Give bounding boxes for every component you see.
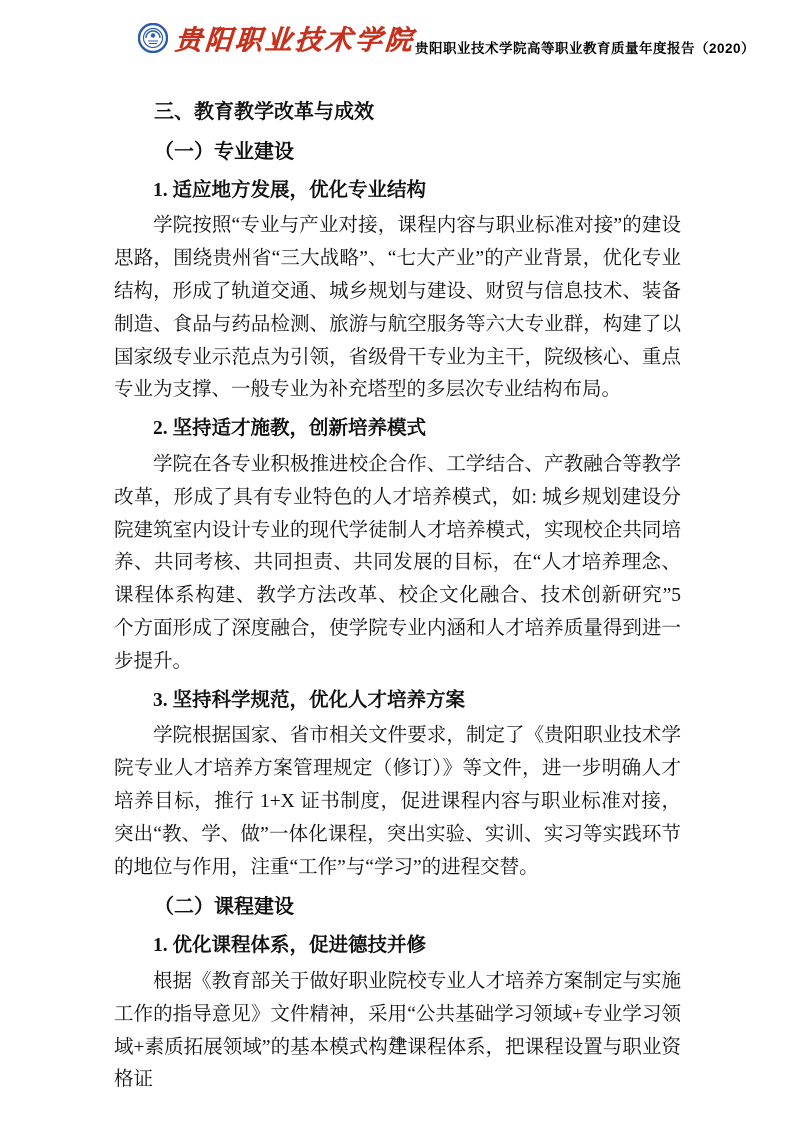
- point-heading-structure: 1. 适应地方发展，优化专业结构: [114, 175, 681, 208]
- report-title: 贵阳职业技术学院高等职业教育质量年度报告（2020）: [415, 37, 755, 59]
- point-heading-plan: 3. 坚持科学规范，优化人才培养方案: [114, 685, 681, 718]
- section-heading-reform: 三、教育教学改革与成效: [114, 96, 681, 129]
- subsection-heading-curriculum: （二）课程建设: [114, 891, 681, 924]
- paragraph-cultivation: 学院在各专业积极推进校企合作、工学结合、产教融合等教学改革，形成了具有专业特色的…: [114, 449, 681, 679]
- page-number: 20: [0, 1034, 793, 1049]
- page-header: 贵阳职业技术学院 贵阳职业技术学院高等职业教育质量年度报告（2020）: [138, 18, 683, 59]
- point-heading-course-system: 1. 优化课程体系，促进德技并修: [114, 930, 681, 963]
- school-emblem-icon: [138, 23, 168, 53]
- paragraph-structure: 学院按照“专业与产业对接，课程内容与职业标准对接”的建设思路，围绕贵州省“三大战…: [114, 210, 681, 407]
- subsection-heading-major: （一）专业建设: [114, 136, 681, 169]
- point-heading-cultivation: 2. 坚持适才施教，创新培养模式: [114, 413, 681, 446]
- paragraph-course-system: 根据《教育部关于做好职业院校专业人才培养方案制定与实施工作的指导意见》文件精神，…: [114, 966, 681, 1097]
- school-name-calligraphy: 贵阳职业技术学院: [174, 18, 417, 57]
- paragraph-plan: 学院根据国家、省市相关文件要求，制定了《贵阳职业技术学院专业人才培养方案管理规定…: [114, 720, 681, 884]
- document-page: 贵阳职业技术学院 贵阳职业技术学院高等职业教育质量年度报告（2020） 三、教育…: [0, 0, 793, 1122]
- document-body: 三、教育教学改革与成效 （一）专业建设 1. 适应地方发展，优化专业结构 学院按…: [114, 96, 681, 1097]
- school-logo: 贵阳职业技术学院: [138, 18, 415, 57]
